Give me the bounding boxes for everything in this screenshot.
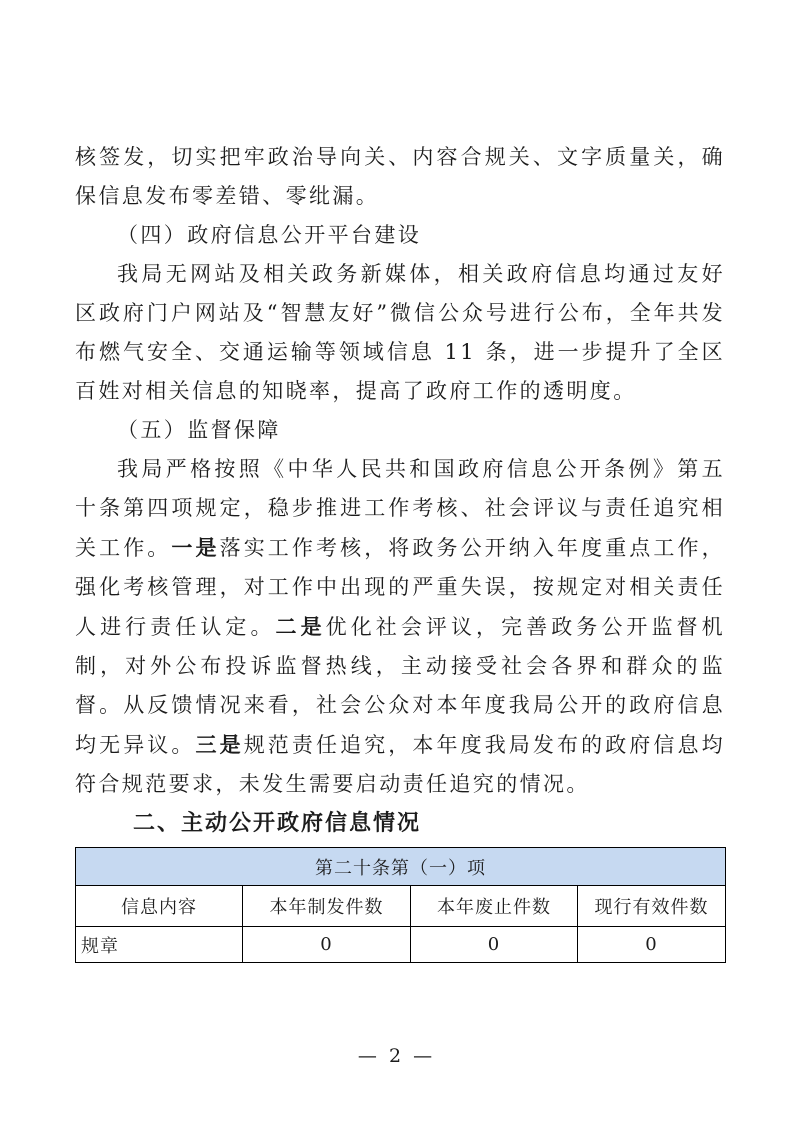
subsection-heading-4: （四）政府信息公开平台建设 — [75, 216, 725, 255]
paragraph-run-emphasis-1: 一是 — [171, 535, 219, 560]
section-2-heading: 二、主动公开政府信息情况 — [75, 809, 725, 839]
body-paragraph-platform: 我局无网站及相关政务新媒体，相关政府信息均通过友好区政府门户网站及“智慧友好”微… — [75, 255, 725, 411]
paragraph-run-emphasis-2: 二是 — [276, 614, 326, 639]
column-header-effective: 现行有效件数 — [578, 886, 726, 927]
subsection-heading-5: （五）监督保障 — [75, 411, 725, 450]
column-header-issued: 本年制发件数 — [243, 886, 411, 927]
column-header-repealed: 本年废止件数 — [411, 886, 578, 927]
document-body: 核签发，切实把牢政治导向关、内容合规关、文字质量关，确保信息发布零差错、零纰漏。… — [75, 138, 725, 963]
row-label: 规章 — [76, 927, 243, 963]
info-disclosure-table: 第二十条第（一）项 信息内容 本年制发件数 本年废止件数 现行有效件数 规章 0… — [75, 847, 726, 963]
body-paragraph-supervision: 我局严格按照《中华人民共和国政府信息公开条例》第五十条第四项规定，稳步推进工作考… — [75, 450, 725, 804]
table-row: 规章 0 0 0 — [76, 927, 726, 963]
table-caption-row: 第二十条第（一）项 — [76, 848, 726, 886]
column-header-content: 信息内容 — [76, 886, 243, 927]
cell-repealed-count: 0 — [411, 927, 578, 963]
cell-effective-count: 0 — [578, 927, 726, 963]
table-caption: 第二十条第（一）项 — [76, 848, 726, 886]
page-number: — 2 — — [0, 1045, 793, 1067]
body-paragraph-carryover: 核签发，切实把牢政治导向关、内容合规关、文字质量关，确保信息发布零差错、零纰漏。 — [75, 138, 725, 216]
table-header-row: 信息内容 本年制发件数 本年废止件数 现行有效件数 — [76, 886, 726, 927]
cell-issued-count: 0 — [243, 927, 411, 963]
paragraph-run-emphasis-3: 三是 — [196, 732, 244, 757]
document-page: 核签发，切实把牢政治导向关、内容合规关、文字质量关，确保信息发布零差错、零纰漏。… — [0, 0, 793, 1122]
